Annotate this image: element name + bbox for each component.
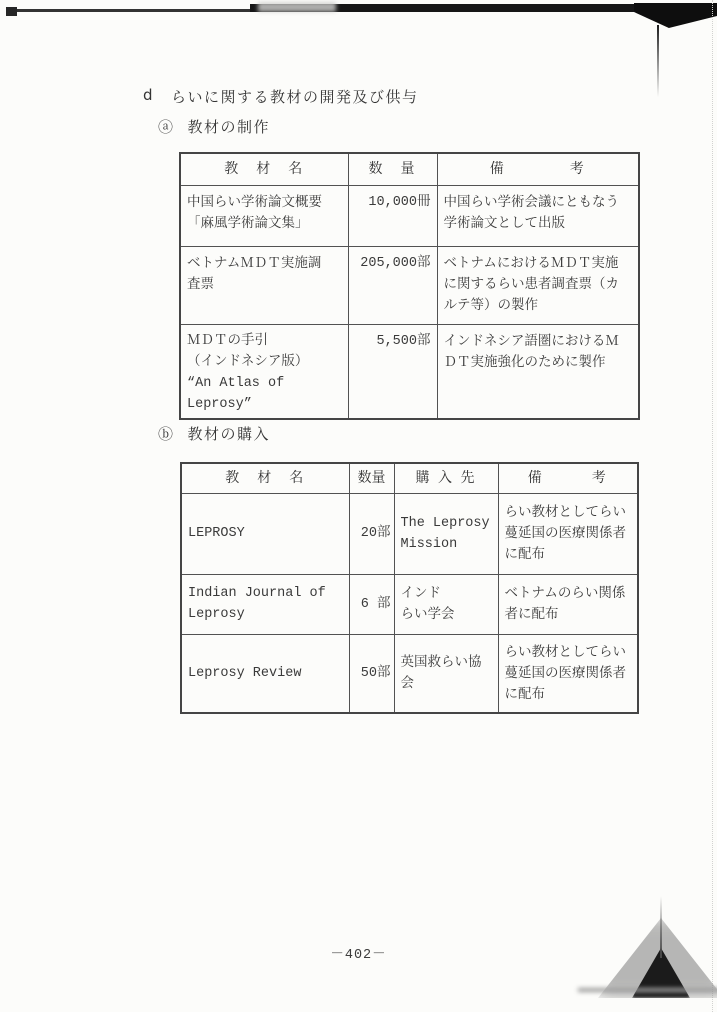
scan-artifact-top-line [8,9,258,12]
production-table: 教 材 名 数 量 備 考 中国らい学術論文概要 「麻風学術論文集」 10,00… [179,152,640,420]
table-row: Indian Journal of Leprosy 6 部 インド らい学会 ベ… [181,574,638,634]
table-row: Leprosy Review 50部 英国救らい協会 らい教材としてらい 蔓延国… [181,634,638,713]
quantity-cell: 205,000部 [348,246,437,324]
column-header-quantity: 数量 [349,463,394,493]
column-header-supplier: 購 入 先 [394,463,498,493]
supplier-cell: The Leprosy Mission [394,493,498,574]
section-heading: d らいに関する教材の開発及び供与 [143,86,419,107]
table-row: ベトナムＭＤＴ実施調 査票 205,000部 ベトナムにおけるＭＤＴ実施 に関す… [180,246,639,324]
column-header-material-name: 教 材 名 [180,153,348,185]
scan-artifact-wedge-tail [657,25,659,97]
remarks-cell: らい教材としてらい 蔓延国の医療関係者 に配布 [498,634,638,713]
scan-artifact-top-left-mark [6,7,17,16]
scan-artifact-smudge [258,2,336,12]
quantity-cell: 6 部 [349,574,394,634]
material-name-cell: Indian Journal of Leprosy [181,574,349,634]
subsection-production-heading: ⓐ 教材の制作 [158,116,270,137]
supplier-cell: インド らい学会 [394,574,498,634]
material-name-cell: Leprosy Review [181,634,349,713]
scan-artifact-corner-wedge [634,3,717,28]
scan-artifact-fold-base [578,988,717,992]
remarks-cell: 中国らい学術会議にともなう 学術論文として出版 [437,185,639,246]
table-header-row: 教 材 名 数量 購 入 先 備 考 [181,463,638,493]
quantity-cell: 10,000冊 [348,185,437,246]
heading-title: らいに関する教材の開発及び供与 [171,86,419,107]
subsection-purchase-title: 教材の購入 [188,423,271,444]
table-row: ＭＤＴの手引 （インドネシア版） “An Atlas of Leprosy” 5… [180,324,639,419]
remarks-cell: ベトナムのらい関係 者に配布 [498,574,638,634]
page-number: －402－ [0,942,717,963]
material-name-cell: LEPROSY [181,493,349,574]
heading-letter: d [143,86,154,107]
material-name-cell: ＭＤＴの手引 （インドネシア版） “An Atlas of Leprosy” [180,324,348,419]
circled-a-marker: ⓐ [158,116,175,137]
table-row: 中国らい学術論文概要 「麻風学術論文集」 10,000冊 中国らい学術会議にとも… [180,185,639,246]
remarks-cell: らい教材としてらい 蔓延国の医療関係者 に配布 [498,493,638,574]
column-header-quantity: 数 量 [348,153,437,185]
scan-artifact-right-edge [712,0,713,1012]
quantity-cell: 20部 [349,493,394,574]
scanned-document-page: d らいに関する教材の開発及び供与 ⓐ 教材の制作 教 材 名 数 量 備 考 … [0,0,717,1012]
table-header-row: 教 材 名 数 量 備 考 [180,153,639,185]
purchase-table: 教 材 名 数量 購 入 先 備 考 LEPROSY 20部 The Lepro… [180,462,639,714]
subsection-production-title: 教材の制作 [188,116,271,137]
remarks-cell: ベトナムにおけるＭＤＴ実施 に関するらい患者調査票（カ ルテ等）の製作 [437,246,639,324]
column-header-remarks: 備 考 [437,153,639,185]
material-name-cell: 中国らい学術論文概要 「麻風学術論文集」 [180,185,348,246]
table-row: LEPROSY 20部 The Leprosy Mission らい教材としてら… [181,493,638,574]
column-header-material-name: 教 材 名 [181,463,349,493]
remarks-cell: インドネシア語圏におけるＭ ＤＴ実施強化のために製作 [437,324,639,419]
supplier-cell: 英国救らい協会 [394,634,498,713]
subsection-purchase-heading: ⓑ 教材の購入 [158,423,270,444]
quantity-cell: 5,500部 [348,324,437,419]
quantity-cell: 50部 [349,634,394,713]
column-header-remarks: 備 考 [498,463,638,493]
circled-b-marker: ⓑ [158,423,175,444]
material-name-cell: ベトナムＭＤＴ実施調 査票 [180,246,348,324]
